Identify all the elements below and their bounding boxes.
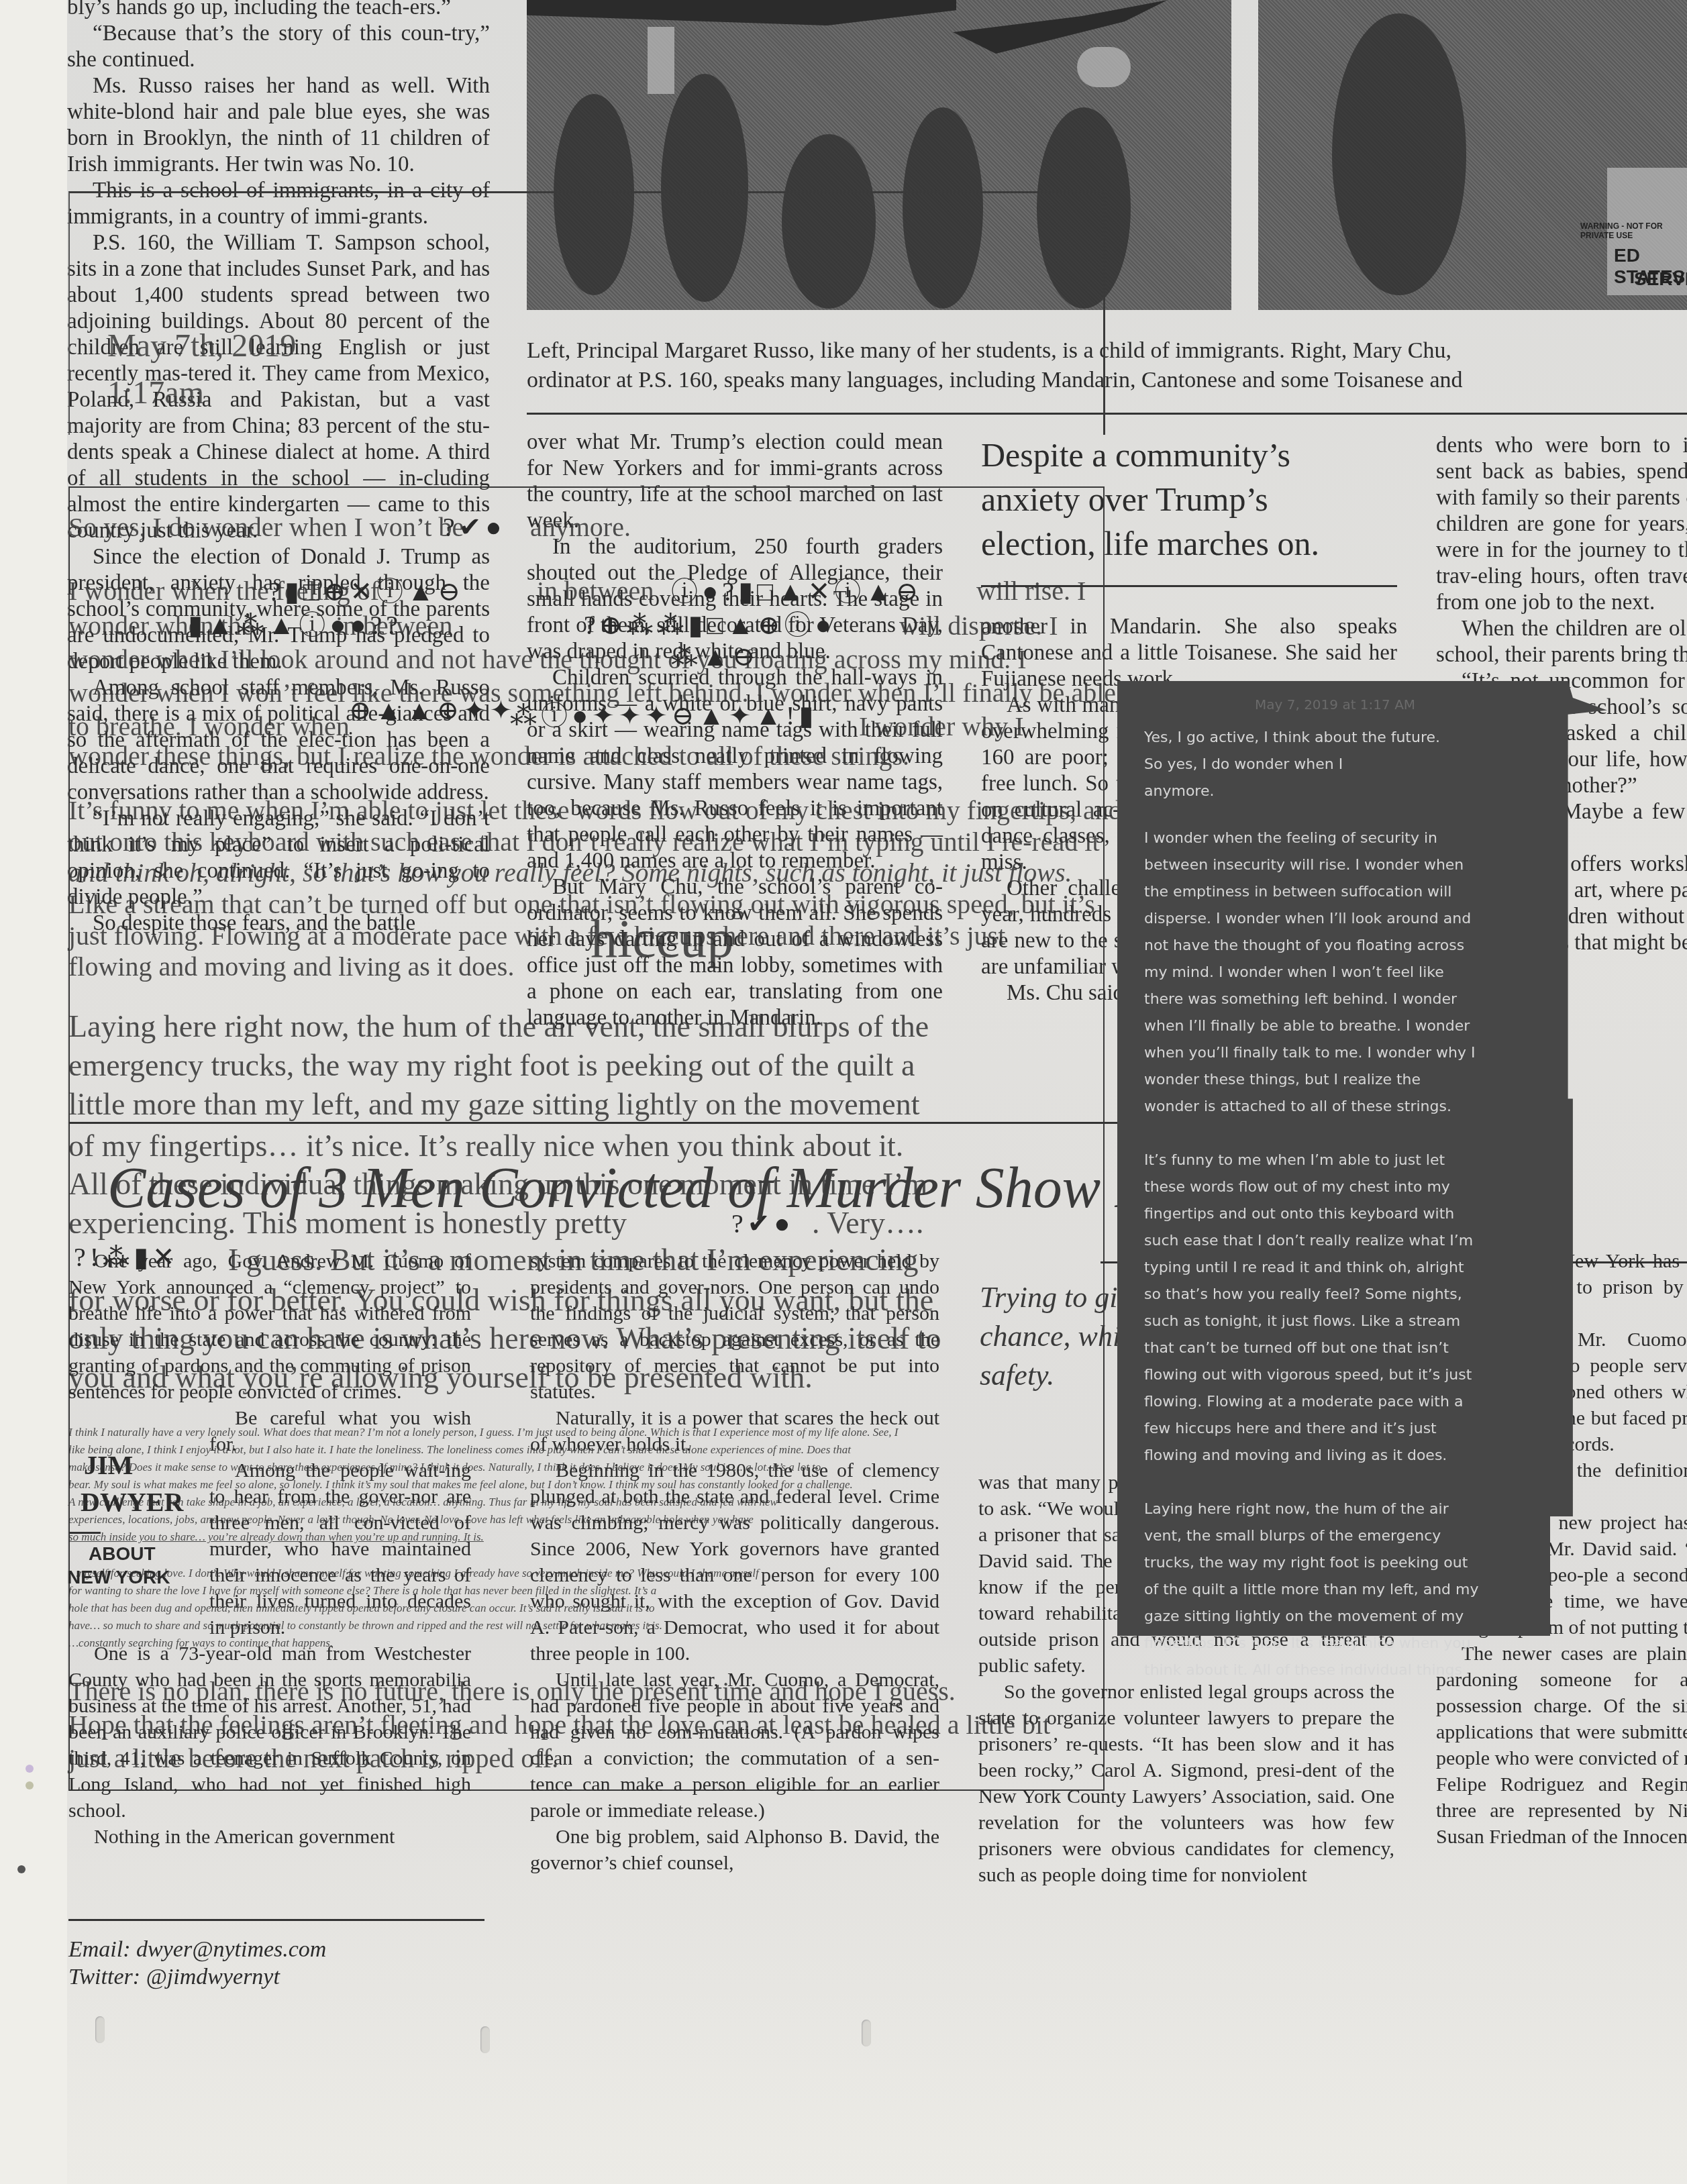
emoji-row: ⓘ●?▮□▲✕ⓘ▲⊖: [671, 570, 922, 609]
dark-line: between insecurity will rise. I wonder w…: [1144, 852, 1479, 879]
emoji-row: ⁂ⓘ●✦✦✦⊖▲✦▲!▮: [510, 694, 817, 733]
overlay-line: It’s funny to me when I’m able to just l…: [68, 795, 1122, 826]
paper-dent: [480, 2026, 490, 2053]
dark-line: Laying here right now, the hum of the ai…: [1144, 1496, 1479, 1523]
dark-line: there was something left behind. I wonde…: [1144, 986, 1479, 1013]
paragraph: Ms. Russo raises her hand as well. With …: [67, 73, 490, 178]
overlay-line: wonder when I’ll look around and not hav…: [68, 644, 1026, 675]
overlay-frame-top: [68, 191, 1105, 435]
paragraph: One year ago, Gov. Andrew M. Cuomo of Ne…: [68, 1248, 471, 1405]
paragraph: When the children are old enough to star…: [1436, 616, 1687, 668]
overlay-line: Like a stream that can’t be turned off b…: [68, 889, 1095, 920]
dark-line: It’s funny to me when I’m able to just l…: [1144, 1147, 1479, 1174]
dark-line: think about it. All of these individual …: [1144, 1657, 1479, 1684]
dark-line: vent, the small blurps of the emergency: [1144, 1523, 1479, 1550]
dark-line-spacer: [1144, 1469, 1479, 1496]
sign-text: SERVIC: [1634, 268, 1687, 290]
footer-rule: [68, 1919, 484, 1921]
emoji-row: ?✔●: [443, 511, 505, 543]
speck: [25, 1781, 34, 1789]
dark-line: wonder is attached to all of these strin…: [1144, 1094, 1479, 1121]
speck: [25, 1765, 34, 1773]
dark-line: few hiccups here and there and it’s just: [1144, 1416, 1479, 1443]
dark-line: flowing out with vigorous speed, but it’…: [1144, 1362, 1479, 1389]
italic-overlay-line: …constantly searching for ways to contin…: [68, 1633, 333, 1653]
dark-line: when I’ll finally be able to breathe. I …: [1144, 1013, 1479, 1040]
dark-line-spacer: [1144, 1121, 1479, 1147]
overlay-big-line: emergency trucks, the way my right foot …: [68, 1050, 915, 1081]
overlay-bottom-line: There is no plan, there is no future, th…: [68, 1676, 956, 1707]
overlay-line: wonder these things, but I realize the w…: [68, 741, 909, 772]
dark-line: such as tonight, it just flows. Like a s…: [1144, 1308, 1479, 1335]
dark-line: of the quilt a little more than my left,…: [1144, 1577, 1479, 1604]
overlay-line: will disperse. I: [899, 611, 1058, 641]
dark-line: anymore.: [1144, 778, 1479, 805]
overlay-rule: [68, 1122, 1209, 1124]
paragraph: Nothing in the American government: [68, 1824, 471, 1850]
dark-line: trucks, the way my right foot is peeking…: [1144, 1550, 1479, 1577]
dark-line: fingertips. It’s nice. It’s really nice …: [1144, 1630, 1479, 1657]
dark-line: flowing and moving and living as it does…: [1144, 1443, 1479, 1469]
overlay-line: just flowing. Flowing at a moderate pace…: [68, 921, 1005, 951]
dark-line: when you’ll finally talk to me. I wonder…: [1144, 1040, 1479, 1067]
overlay-bottom-line: just a little before the next patch is r…: [68, 1743, 558, 1774]
dark-line: that can’t be turned off but one that is…: [1144, 1335, 1479, 1362]
emoji-row: ?▮□⊕✕ⓘ▲⊖: [268, 570, 464, 609]
paragraph: system compares to the clemency power he…: [530, 1248, 939, 1405]
paper-dent: [862, 2020, 871, 2046]
dark-line: gaze sitting lightly on the movement of …: [1144, 1604, 1479, 1630]
overlay-line: flowing and moving and living as it does…: [68, 951, 514, 982]
overlay-big-line: Laying here right now, the hum of the ai…: [68, 1011, 929, 1042]
page-margin: [0, 0, 67, 2184]
overlay-line: will rise. I: [976, 576, 1086, 607]
dark-line: fingertips and out onto this keyboard wi…: [1144, 1201, 1479, 1228]
overlay-bottom-line: Hope that the feelings aren’t fleeting a…: [68, 1710, 1050, 1740]
dark-line: So yes, I do wonder when I: [1144, 751, 1479, 778]
hiccup-word: hiccup: [591, 913, 733, 966]
paragraph: dents who were born to immigrants were s…: [1436, 433, 1687, 616]
paragraph: One big problem, said Alphonso B. David,…: [530, 1824, 939, 1876]
entry-date: May 7th, 2019: [107, 329, 296, 364]
author-twitter[interactable]: Twitter: @jimdwyernyt: [68, 1963, 280, 1991]
dark-panel-date: May 7, 2019 at 1:17 AM: [1255, 691, 1415, 718]
dark-line: flowing. Flowing at a moderate pace with…: [1144, 1389, 1479, 1416]
emoji-row: ?⊕⁂⁂▮□▲⊕ⓘ●: [584, 604, 835, 642]
overlay-big-line: little more than my left, and my gaze si…: [68, 1089, 920, 1120]
dark-line: my mind. I wonder when I won’t feel like: [1144, 959, 1479, 986]
dark-line: the emptiness in between suffocation wil…: [1144, 879, 1479, 906]
dark-line: not have the thought of you floating acr…: [1144, 933, 1479, 959]
dark-line: such ease that I don’t really realize wh…: [1144, 1228, 1479, 1255]
overlay-line: out onto this keyboard with such ease th…: [68, 827, 1100, 857]
paragraph: bly’s hands go up, including the teach-e…: [67, 0, 490, 21]
dark-line: these words flow out of my chest into my: [1144, 1174, 1479, 1201]
overlay-line: I wonder why I: [859, 711, 1024, 742]
author-email[interactable]: Email: dwyer@nytimes.com: [68, 1936, 326, 1964]
paper-dent: [95, 2016, 105, 2043]
overlay-line: anymore.: [530, 512, 631, 543]
dark-line: typing until I re read it and think oh, …: [1144, 1255, 1479, 1282]
overlay-line: So yes, I do wonder when I won’t be: [68, 512, 464, 543]
emoji-row: ⊖▲▲⊕✦✦: [349, 694, 516, 726]
dark-line: disperse. I wonder when I’ll look around…: [1144, 906, 1479, 933]
dark-panel-text: Yes, I go active, I think about the futu…: [1144, 725, 1479, 1684]
speck: [17, 1865, 25, 1873]
dark-line: Yes, I go active, I think about the futu…: [1144, 725, 1479, 751]
article2-column-2: system compares to the clemency power he…: [530, 1248, 939, 1876]
overlay-line: and think oh, alright, so that’s how you…: [68, 857, 1072, 888]
emoji-row: ▮▲⁂▲ⓘ●●??: [188, 604, 402, 642]
photo-parent-coordinator-on-phone: WARNING - NOT FOR PRIVATE USE ED STATES …: [1258, 0, 1687, 310]
dark-line: wonder these things, but I realize the: [1144, 1067, 1479, 1094]
sign-text: WARNING - NOT FOR PRIVATE USE: [1580, 221, 1687, 240]
entry-time: 1:17am: [107, 376, 204, 411]
dark-line: I wonder when the feeling of security in: [1144, 825, 1479, 852]
overlay-line: in between: [537, 576, 654, 607]
emoji-row: ⁂▲⊖: [671, 641, 759, 672]
paragraph: “Because that’s the story of this coun-t…: [67, 21, 490, 73]
italic-overlay-line: so much inside you to share… you’re alre…: [68, 1527, 484, 1547]
overlay-line: to breathe. I wonder when: [68, 711, 350, 742]
dark-line: so that’s how you really feel? Some nigh…: [1144, 1282, 1479, 1308]
